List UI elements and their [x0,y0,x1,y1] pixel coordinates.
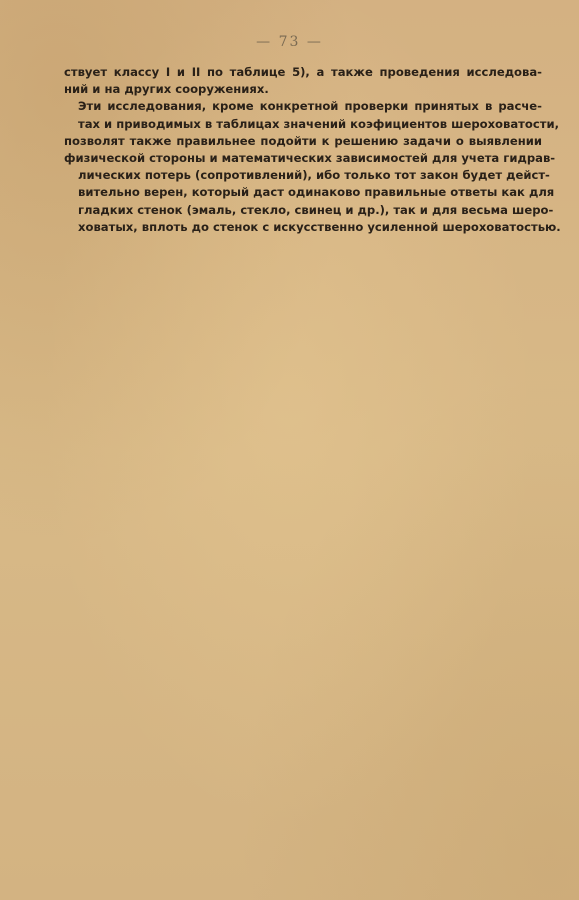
text-line: ствует классу I и II по таблице 5), а та… [64,64,542,81]
paragraph-2: Эти исследования, кроме конкретной прове… [64,98,542,236]
scanned-page: — 73 — ствует классу I и II по таблице 5… [0,0,579,900]
body-text: ствует классу I и II по таблице 5), а та… [64,64,542,236]
text-line: гладких стенок (эмаль, стекло, свинец и … [64,202,542,219]
text-line: Эти исследования, кроме конкретной прове… [64,98,542,115]
text-line: лических потерь (сопротивлений), ибо тол… [64,167,542,184]
text-line: ховатых, вплоть до стенок с искусственно… [64,219,542,236]
text-line: тах и приводимых в таблицах значений коэ… [64,116,542,133]
text-line: вительно верен, который даст одинаково п… [64,184,542,201]
text-line: позволят также правильнее подойти к реше… [64,133,542,150]
text-line: ний и на других сооружениях. [64,81,542,98]
paragraph-1: ствует классу I и II по таблице 5), а та… [64,64,542,98]
text-line: физической стороны и математических зави… [64,150,542,167]
page-number: — 73 — [0,34,579,50]
